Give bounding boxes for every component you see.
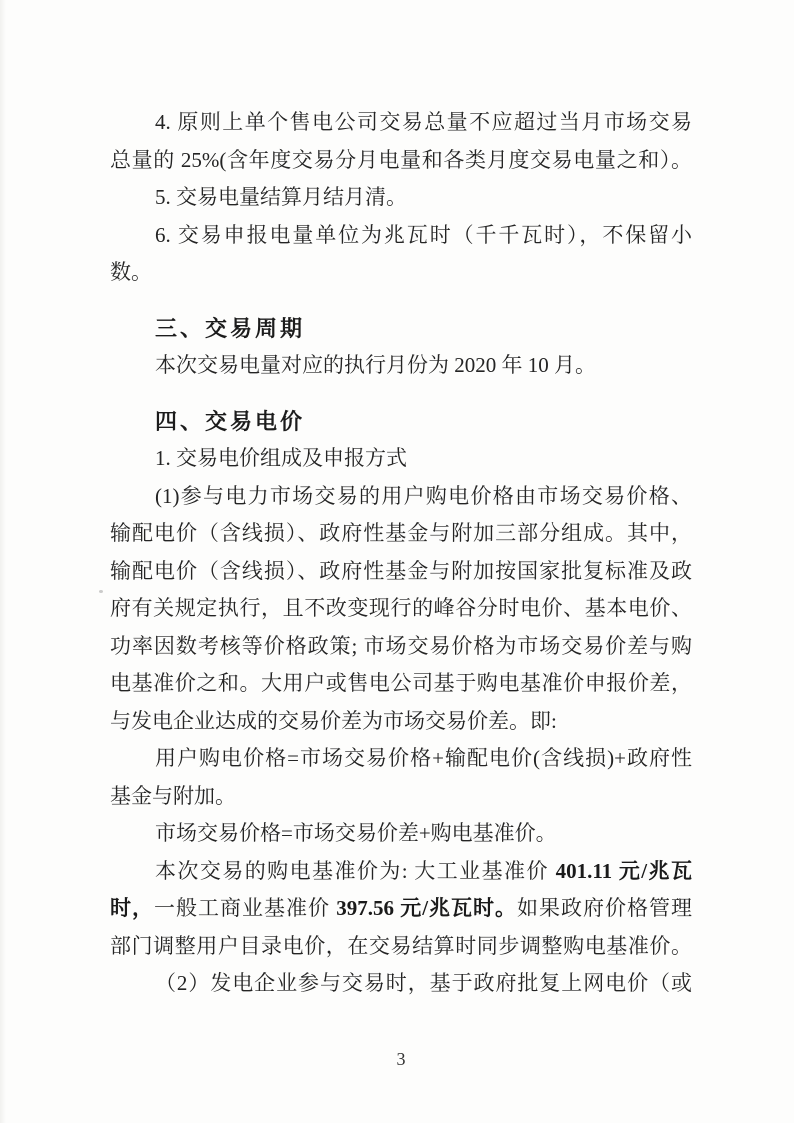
paragraph1-line7-text: 与发电企业达成的交易价差为市场交易价差。即: <box>110 709 557 733</box>
section4-heading-text: 四、交易电价 <box>155 409 305 434</box>
paragraph2-line3-text: 部门调整用户目录电价，在交易结算时同步调整购电基准价。 <box>110 934 692 958</box>
paragraph2-line2-normal2: 如果政府价格管理 <box>517 896 692 920</box>
section4-subheading-text: 1. 交易电价组成及申报方式 <box>155 446 407 470</box>
page-number: 3 <box>110 1047 692 1071</box>
paragraph1-line4: 府有关规定执行，且不改变现行的峰谷分时电价、基本电价、 <box>110 590 692 628</box>
paragraph1-line3-text: 输配电价（含线损）、政府性基金与附加按国家批复标准及政 <box>110 559 692 583</box>
item6-line2-text: 数。 <box>110 260 152 284</box>
paragraph3-line1: （2）发电企业参与交易时，基于政府批复上网电价（或 <box>110 965 692 1003</box>
formula2-line: 市场交易价格=市场交易价差+购电基准价。 <box>110 815 692 853</box>
document-body: 4. 原则上单个售电公司交易总量不应超过当月市场交易 总量的 25%(含年度交易… <box>0 0 794 1071</box>
paragraph1-line2: 输配电价（含线损）、政府性基金与附加三部分组成。其中， <box>110 515 692 553</box>
paragraph1-line5-text: 功率因数考核等价格政策; 市场交易价格为市场交易价差与购 <box>110 634 692 658</box>
document-page: 4. 原则上单个售电公司交易总量不应超过当月市场交易 总量的 25%(含年度交易… <box>0 0 794 1123</box>
section3-heading-text: 三、交易周期 <box>155 316 305 341</box>
item4-line1: 4. 原则上单个售电公司交易总量不应超过当月市场交易 <box>110 104 692 142</box>
paragraph2-line2: 时，一般工商业基准价 397.56 元/兆瓦时。如果政府价格管理 <box>110 890 692 928</box>
paragraph2-line1-normal: 本次交易的购电基准价为: 大工业基准价 <box>155 859 556 883</box>
formula1-line2-text: 基金与附加。 <box>110 784 236 808</box>
paragraph2-line1: 本次交易的购电基准价为: 大工业基准价 401.11 元/兆瓦 <box>110 853 692 891</box>
paragraph2-line2-normal1: 一般工商业基准价 <box>154 896 336 920</box>
paragraph1-line6-text: 电基准价之和。大用户或售电公司基于购电基准价申报价差， <box>110 671 692 695</box>
section4-subheading: 1. 交易电价组成及申报方式 <box>110 440 692 478</box>
item5-text: 5. 交易电量结算月结月清。 <box>155 185 407 209</box>
formula2-text: 市场交易价格=市场交易价差+购电基准价。 <box>155 821 557 845</box>
item6-line1: 6. 交易申报电量单位为兆瓦时（千千瓦时），不保留小 <box>110 217 692 255</box>
section3-heading: 三、交易周期 <box>110 310 692 348</box>
paragraph1-line4-text: 府有关规定执行，且不改变现行的峰谷分时电价、基本电价、 <box>110 596 692 620</box>
paragraph1-line5: 功率因数考核等价格政策; 市场交易价格为市场交易价差与购 <box>110 628 692 666</box>
item6-line2: 数。 <box>110 254 692 292</box>
formula1-line1: 用户购电价格=市场交易价格+输配电价(含线损)+政府性 <box>110 740 692 778</box>
paragraph2-line3: 部门调整用户目录电价，在交易结算时同步调整购电基准价。 <box>110 928 692 966</box>
price-large-industry: 401.11 元/兆瓦 <box>556 859 692 883</box>
formula1-line2: 基金与附加。 <box>110 778 692 816</box>
section3-body-text: 本次交易电量对应的执行月份为 2020 年 10 月。 <box>155 353 596 377</box>
paragraph1-line1: (1)参与电力市场交易的用户购电价格由市场交易价格、 <box>110 478 692 516</box>
formula1-line1-text: 用户购电价格=市场交易价格+输配电价(含线损)+政府性 <box>155 746 692 770</box>
paragraph1-line2-text: 输配电价（含线损）、政府性基金与附加三部分组成。其中， <box>110 521 692 545</box>
price-general-commercial: 397.56 元/兆瓦时。 <box>336 896 517 920</box>
section3-body: 本次交易电量对应的执行月份为 2020 年 10 月。 <box>110 347 692 385</box>
item4-line2: 总量的 25%(含年度交易分月电量和各类月度交易电量之和）。 <box>110 142 692 180</box>
paragraph2-line2-bold-start: 时， <box>110 896 154 920</box>
item6-line1-text: 6. 交易申报电量单位为兆瓦时（千千瓦时），不保留小 <box>155 223 692 247</box>
paragraph1-line1-text: (1)参与电力市场交易的用户购电价格由市场交易价格、 <box>155 484 692 508</box>
item4-line2-text: 总量的 25%(含年度交易分月电量和各类月度交易电量之和）。 <box>110 148 692 172</box>
paragraph3-line1-text: （2）发电企业参与交易时，基于政府批复上网电价（或 <box>155 971 692 995</box>
item4-line1-text: 4. 原则上单个售电公司交易总量不应超过当月市场交易 <box>155 110 692 134</box>
paragraph1-line7: 与发电企业达成的交易价差为市场交易价差。即: <box>110 703 692 741</box>
section4-heading: 四、交易电价 <box>110 403 692 441</box>
paragraph1-line3: 输配电价（含线损）、政府性基金与附加按国家批复标准及政 <box>110 553 692 591</box>
scan-speck <box>99 590 103 593</box>
paragraph1-line6: 电基准价之和。大用户或售电公司基于购电基准价申报价差， <box>110 665 692 703</box>
item5-line: 5. 交易电量结算月结月清。 <box>110 179 692 217</box>
